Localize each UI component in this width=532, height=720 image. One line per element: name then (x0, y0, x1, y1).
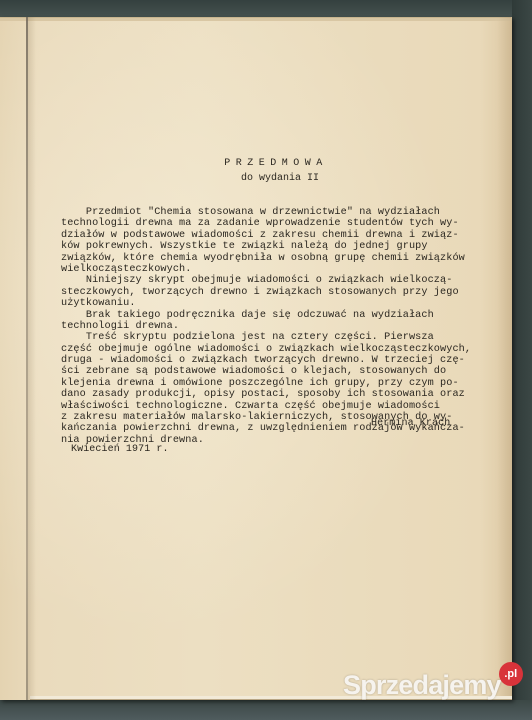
body-line: technologii drewna ma za zadanie wprowad… (61, 218, 471, 229)
body-line: dano zasady produkcji, opisy postaci, sp… (61, 389, 471, 400)
body-line: działów w podstawowe wiadomości z zakres… (61, 230, 471, 241)
author-signature: Hermina Krach (371, 418, 450, 429)
watermark-brand: Sprzedajemy (343, 668, 501, 702)
background-top (0, 0, 532, 17)
body-line: technologii drewna. (61, 321, 471, 332)
page-right-edge (497, 17, 512, 700)
preface-body: Przedmiot "Chemia stosowana w drzewnictw… (61, 207, 471, 446)
body-line: wielkocząsteczkowych. (61, 264, 471, 275)
page-subtitle: do wydania II (14, 173, 532, 184)
body-line: klejenia drewna i omówione poszczególne … (61, 378, 471, 389)
body-line: ści zebrane są podstawowe wiadomości o k… (61, 366, 471, 377)
page-top-edge (0, 17, 512, 21)
binding-shadow (28, 17, 36, 700)
body-line: ków pokrewnych. Wszystkie te związki nal… (61, 241, 471, 252)
page-title: PRZEDMOWA (10, 158, 532, 169)
watermark-badge-icon: .pl (499, 662, 523, 686)
preface-date: Kwiecień 1971 r. (71, 444, 169, 455)
background-right (512, 0, 532, 720)
body-line: użytkowaniu. (61, 298, 471, 309)
body-line: Przedmiot "Chemia stosowana w drzewnictw… (61, 207, 471, 218)
body-line: Niniejszy skrypt obejmuje wiadomości o z… (61, 275, 471, 286)
body-line: część obejmuje ogólne wiadomości o związ… (61, 344, 471, 355)
body-line: właściwości technologiczne. Czwarta częś… (61, 401, 471, 412)
watermark-logo: Sprzedajemy .pl (343, 668, 523, 708)
body-line: związków, które chemia wyodrębniła w oso… (61, 253, 471, 264)
body-line: druga - wiadomości o związkach tworzącyc… (61, 355, 471, 366)
body-line: steczkowych, tworzących drewno i związka… (61, 287, 471, 298)
body-line: Brak takiego podręcznika daje się odczuw… (61, 310, 471, 321)
body-line: Treść skryptu podzielona jest na cztery … (61, 332, 471, 343)
